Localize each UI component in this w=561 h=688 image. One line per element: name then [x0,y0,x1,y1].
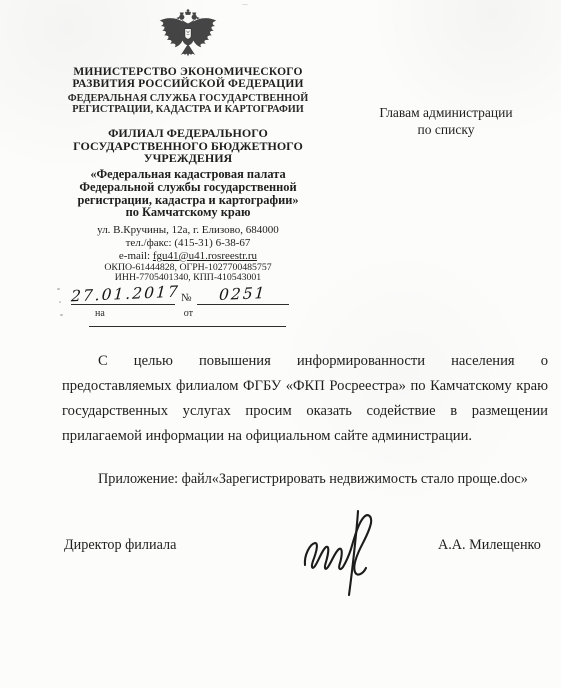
federal-service-name: ФЕДЕРАЛЬНАЯ СЛУЖБА ГОСУДАРСТВЕННОЙ РЕГИС… [56,94,320,115]
scan-speck [60,314,63,316]
inn-kpp-codes: ИНН-7705401340, КПП-410543001 [56,273,320,284]
letterhead: МИНИСТЕРСТВО ЭКОНОМИЧЕСКОГО РАЗВИТИЯ РОС… [56,6,320,284]
scanned-letter-page: МИНИСТЕРСТВО ЭКОНОМИЧЕСКОГО РАЗВИТИЯ РОС… [0,0,561,688]
reference-labels: на от [58,308,302,319]
outgoing-number-field: 0251 [197,285,289,305]
on-label: на [95,308,105,319]
handwritten-date: 27.01.2017 [70,283,180,307]
russia-coat-of-arms-icon [155,8,221,60]
reply-reference-line [89,326,286,327]
ministry-name: МИНИСТЕРСТВО ЭКОНОМИЧЕСКОГО РАЗВИТИЯ РОС… [56,67,320,90]
email-address: fgu41@u41.rosreestr.ru [153,250,257,262]
postal-address: ул. В.Кручины, 12а, г. Елизово, 684000 [56,224,320,237]
outgoing-date-field: 27.01.2017 [71,285,175,305]
handwritten-number: 0251 [218,284,267,305]
branch-title: ФИЛИАЛ ФЕДЕРАЛЬНОГО ГОСУДАРСТВЕННОГО БЮД… [56,127,320,165]
attachment-line: Приложение: файл«Зарегистрировать недвиж… [62,471,548,488]
scan-speck [59,301,61,303]
phone-fax: тел./факс: (415-31) 6-38-67 [56,237,320,250]
scan-speck [57,288,60,290]
signer-title: Директор филиала [64,537,176,554]
signer-name: А.А. Милещенко [438,537,541,554]
handwritten-signature-icon [300,507,382,597]
reference-block: 27.01.2017 № 0251 на от [58,285,302,327]
recipient-address: Главам администрации по списку [342,104,550,138]
email-label: e-mail: [119,250,153,262]
date-number-line: 27.01.2017 № 0251 [58,285,302,305]
from-label: от [184,308,193,319]
email-line: e-mail: fgu41@u41.rosreestr.ru [56,250,320,263]
number-sign: № [181,292,192,304]
letter-body-paragraph: С целью повышения информированности насе… [62,349,548,449]
scan-speck [242,4,248,5]
organization-name: «Федеральная кадастровая палата Федераль… [56,168,320,219]
